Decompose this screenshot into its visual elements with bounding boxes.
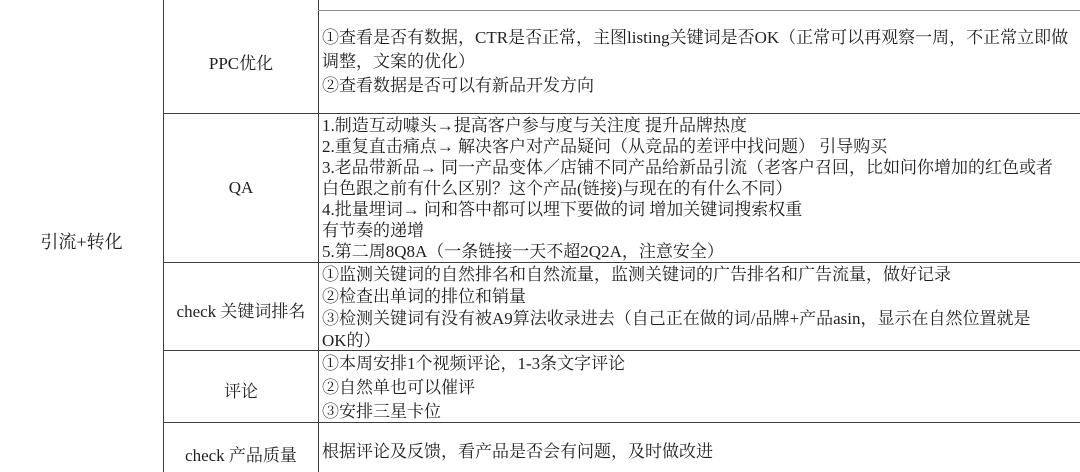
content-line: 白色跟之前有什么区别？这个产品(链接)与现在的有什么不同） xyxy=(322,178,1078,199)
content-line: ②查看数据是否可以有新品开发方向 xyxy=(322,74,1078,98)
content-line: ①监测关键词的自然排名和自然流量，监测关键词的广告排名和广告流量，做好记录 xyxy=(322,264,1078,286)
row-content-check-product-quality: 根据评论及反馈，看产品是否会有问题，及时做改进 xyxy=(322,440,1078,464)
content-line: 3.老品带新品→ 同一产品变体／店铺不同产品给新品引流（老客户召回，比如问你增加… xyxy=(322,157,1078,178)
weekly-operation-plan-table: 引流+转化 PPC优化 QA check 关键词排名 评论 check 产品质量… xyxy=(0,0,1080,472)
content-line: 有节奏的递增 xyxy=(322,220,1078,241)
content-line: ②自然单也可以催评 xyxy=(322,376,1078,400)
content-line: 5.第二周8Q8A（一条链接一天不超2Q2A，注意安全） xyxy=(322,241,1078,262)
row-label-reviews: 评论 xyxy=(164,377,318,402)
group-label-traffic-conversion: 引流+转化 xyxy=(0,228,163,254)
content-line: ②检查出单词的排位和销量 xyxy=(322,286,1078,308)
row-content-ppc-optimization: ①查看是否有数据，CTR是否正常，主图listing关键词是否OK（正常可以再观… xyxy=(322,26,1078,98)
content-line: ①查看是否有数据，CTR是否正常，主图listing关键词是否OK（正常可以再观… xyxy=(322,26,1078,50)
row-content-check-keyword-rank: ①监测关键词的自然排名和自然流量，监测关键词的广告排名和广告流量，做好记录 ②检… xyxy=(322,264,1078,352)
content-line: ③安排三星卡位 xyxy=(322,400,1078,424)
content-line: 调整，文案的优化） xyxy=(322,50,1078,74)
row-label-check-product-quality: check 产品质量 xyxy=(164,441,318,466)
row-label-check-keyword-rank: check 关键词排名 xyxy=(164,297,318,322)
content-line: ③检测关键词有没有被A9算法收录进去（自己正在做的词/品牌+产品asin，显示在… xyxy=(322,308,1078,330)
content-line: 4.批量埋词→ 问和答中都可以埋下要做的词 增加关键词搜索权重 xyxy=(322,199,1078,220)
content-line: OK的） xyxy=(322,330,1078,352)
row-label-qa: QA xyxy=(164,178,318,198)
content-line: 1.制造互动噱头→提高客户参与度与关注度 提升品牌热度 xyxy=(322,115,1078,136)
row-label-ppc-optimization: PPC优化 xyxy=(164,49,318,74)
table-vertical-border-2 xyxy=(318,0,319,472)
row-content-qa: 1.制造互动噱头→提高客户参与度与关注度 提升品牌热度 2.重复直击痛点→ 解决… xyxy=(322,115,1078,262)
table-top-border xyxy=(318,10,1080,11)
table-row-divider-1 xyxy=(163,113,1080,114)
table-row-divider-2 xyxy=(163,262,1080,263)
row-content-reviews: ①本周安排1个视频评论，1-3条文字评论 ②自然单也可以催评 ③安排三星卡位 xyxy=(322,352,1078,424)
content-line: 2.重复直击痛点→ 解决客户对产品疑问（从竞品的差评中找问题） 引导购买 xyxy=(322,136,1078,157)
content-line: ①本周安排1个视频评论，1-3条文字评论 xyxy=(322,352,1078,376)
content-line: 根据评论及反馈，看产品是否会有问题，及时做改进 xyxy=(322,440,1078,464)
